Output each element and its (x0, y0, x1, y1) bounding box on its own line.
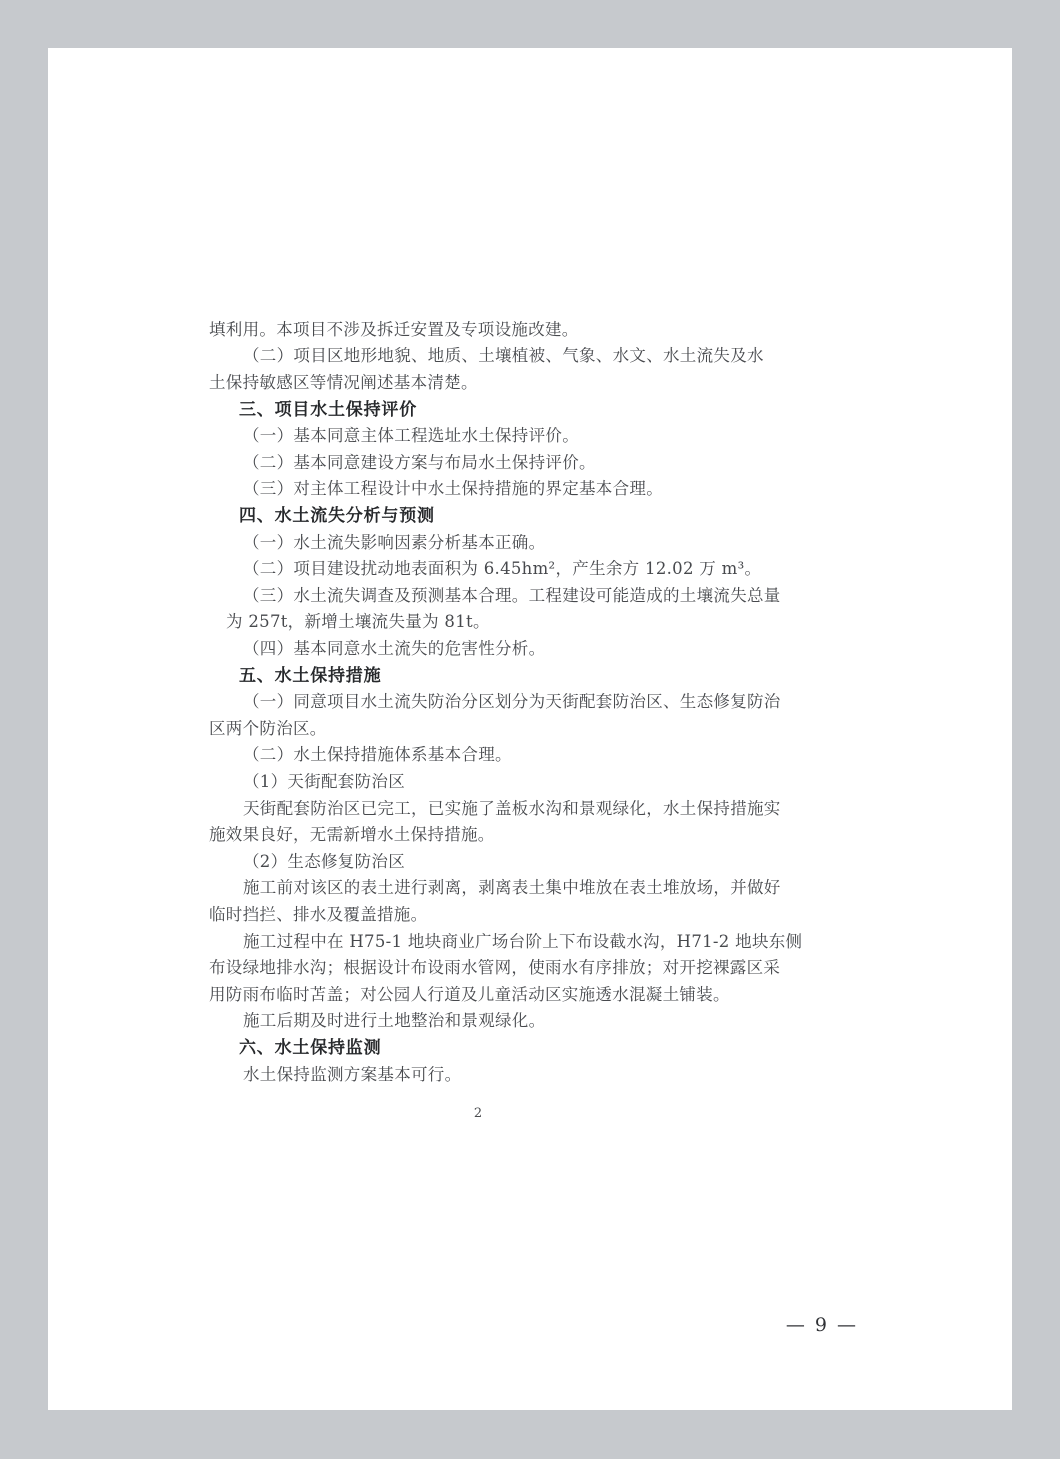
text-line: （二）项目区地形地貌、地质、土壤植被、气象、水文、水土流失及水 (243, 346, 764, 366)
heading-section-4: 四、水土流失分析与预测 (239, 506, 435, 526)
heading-section-6: 六、水土保持监测 (239, 1038, 381, 1058)
text-line: 填利用。本项目不涉及拆迁安置及专项设施改建。 (209, 320, 579, 340)
text-line: 施工过程中在 H75-1 地块商业广场台阶上下布设截水沟，H71-2 地块东侧 (243, 932, 802, 952)
sheet-number: 2 (178, 1106, 778, 1121)
text-line: 布设绿地排水沟；根据设计布设雨水管网，使雨水有序排放；对开挖裸露区采 (209, 958, 780, 978)
text-line: 土保持敏感区等情况阐述基本清楚。 (209, 373, 478, 393)
text-line: 施工前对该区的表土进行剥离，剥离表土集中堆放在表土堆放场，并做好 (243, 878, 781, 898)
text-line: 水土保持监测方案基本可行。 (243, 1065, 461, 1085)
app-background: 填利用。本项目不涉及拆迁安置及专项设施改建。 （二）项目区地形地貌、地质、土壤植… (0, 0, 1060, 1459)
text-line: 施效果良好，无需新增水土保持措施。 (209, 825, 495, 845)
text-line: （四）基本同意水土流失的危害性分析。 (243, 639, 545, 659)
text-line: （一）水土流失影响因素分析基本正确。 (243, 533, 545, 553)
text-line: 施工后期及时进行土地整治和景观绿化。 (243, 1011, 545, 1031)
text-line: （1）天街配套防治区 (243, 772, 405, 792)
text-line: （二）水土保持措施体系基本合理。 (243, 745, 512, 765)
heading-section-3: 三、项目水土保持评价 (239, 400, 417, 420)
text-line: 天街配套防治区已完工，已实施了盖板水沟和景观绿化，水土保持措施实 (243, 799, 781, 819)
text-line: 区两个防治区。 (209, 719, 327, 739)
document-page: 填利用。本项目不涉及拆迁安置及专项设施改建。 （二）项目区地形地貌、地质、土壤植… (48, 48, 1012, 1410)
text-line: （一）同意项目水土流失防治分区划分为天街配套防治区、生态修复防治 (243, 692, 781, 712)
text-line: 为 257t，新增土壤流失量为 81t。 (226, 612, 490, 632)
text-line: （三）对主体工程设计中水土保持措施的界定基本合理。 (243, 479, 663, 499)
page-number: — 9 — (608, 1314, 858, 1336)
heading-section-5: 五、水土保持措施 (239, 666, 381, 686)
text-line: 临时挡拦、排水及覆盖措施。 (209, 905, 427, 925)
text-line: 用防雨布临时苫盖；对公园人行道及儿童活动区实施透水混凝土铺装。 (209, 985, 730, 1005)
text-line: （一）基本同意主体工程选址水土保持评价。 (243, 426, 579, 446)
text-line: （二）基本同意建设方案与布局水土保持评价。 (243, 453, 596, 473)
text-line: （2）生态修复防治区 (243, 852, 405, 872)
text-line: （二）项目建设扰动地表面积为 6.45hm²，产生余方 12.02 万 m³。 (243, 559, 761, 579)
text-line: （三）水土流失调查及预测基本合理。工程建设可能造成的土壤流失总量 (243, 586, 781, 606)
